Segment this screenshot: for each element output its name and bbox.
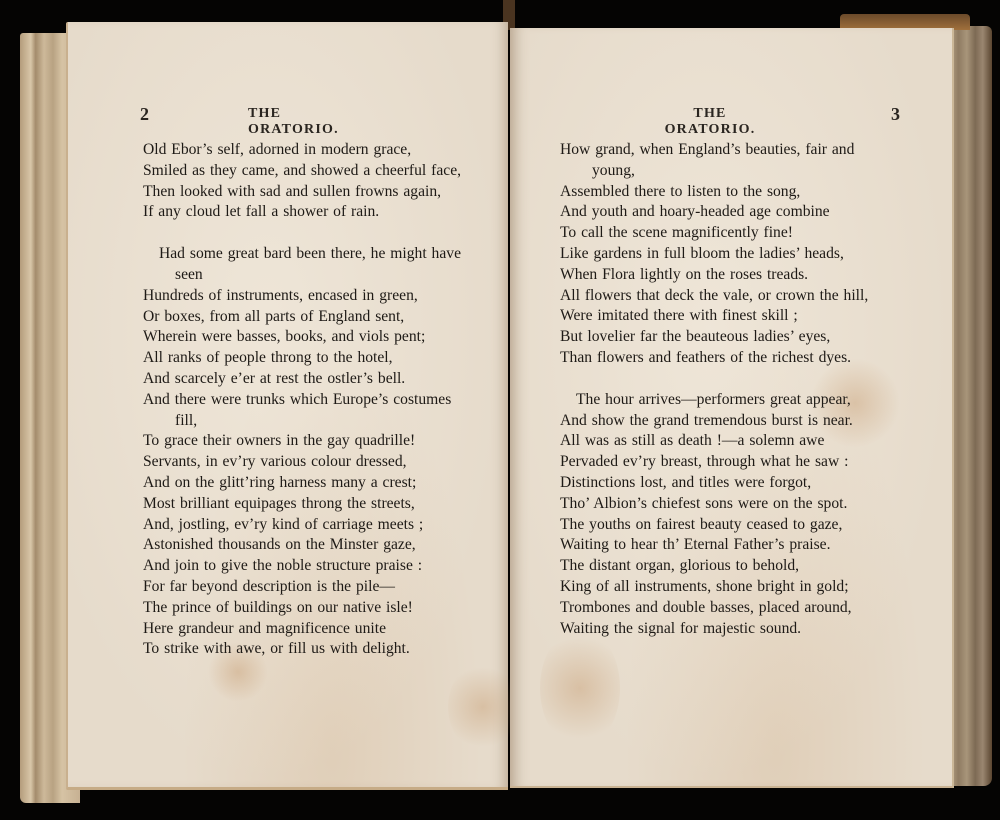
verse-line: Then looked with sad and sullen frowns a… xyxy=(143,182,493,203)
verse-line: To call the scene magnificently fine! xyxy=(560,223,905,244)
right-page: THE ORATORIO. 3 How grand, when England’… xyxy=(510,28,954,788)
poem-text: Old Ebor’s self, adorned in modern grace… xyxy=(143,140,493,660)
verse-line: Astonished thousands on the Minster gaze… xyxy=(143,535,493,556)
verse-line: Here grandeur and magnificence unite xyxy=(143,619,493,640)
verse-line: And join to give the noble structure pra… xyxy=(143,556,493,577)
stanza-break xyxy=(143,223,493,244)
verse-line: But lovelier far the beauteous ladies’ e… xyxy=(560,327,905,348)
verse-line: Waiting the signal for majestic sound. xyxy=(560,619,905,640)
verse-line: How grand, when England’s beauties, fair… xyxy=(560,140,905,161)
verse-line: young, xyxy=(560,161,905,182)
verse-line: Assembled there to listen to the song, xyxy=(560,182,905,203)
verse-line: And there were trunks which Europe’s cos… xyxy=(143,390,493,411)
running-head: THE ORATORIO. 3 xyxy=(560,106,900,126)
foxing-stain xyxy=(540,628,620,748)
verse-line: And youth and hoary-headed age combine xyxy=(560,202,905,223)
stanza-break xyxy=(560,369,905,390)
verse-line: All was as still as death !—a solemn awe xyxy=(560,431,905,452)
verse-line: King of all instruments, shone bright in… xyxy=(560,577,905,598)
verse-line: Had some great bard been there, he might… xyxy=(143,244,493,265)
verse-line: Old Ebor’s self, adorned in modern grace… xyxy=(143,140,493,161)
poem-text: How grand, when England’s beauties, fair… xyxy=(560,140,905,639)
page-number: 3 xyxy=(891,104,900,125)
running-head-title: THE ORATORIO. xyxy=(660,106,760,138)
verse-line: Were imitated there with finest skill ; xyxy=(560,306,905,327)
foxing-stain xyxy=(448,662,518,752)
verse-line: Tho’ Albion’s chiefest sons were on the … xyxy=(560,494,905,515)
running-head-title: THE ORATORIO. xyxy=(198,106,328,138)
open-book: 2 THE ORATORIO. Old Ebor’s self, adorned… xyxy=(0,0,1000,820)
verse-line: And show the grand tremendous burst is n… xyxy=(560,411,905,432)
verse-line: When Flora lightly on the roses treads. xyxy=(560,265,905,286)
verse-line: Or boxes, from all parts of England sent… xyxy=(143,307,493,328)
verse-line: Trombones and double basses, placed arou… xyxy=(560,598,905,619)
verse-line: To grace their owners in the gay quadril… xyxy=(143,431,493,452)
verse-line: Servants, in ev’ry various colour dresse… xyxy=(143,452,493,473)
verse-line: fill, xyxy=(143,411,493,432)
verse-line: Most brilliant equipages throng the stre… xyxy=(143,494,493,515)
right-page-edges xyxy=(950,26,992,786)
verse-line: And on the glitt’ring harness many a cre… xyxy=(143,473,493,494)
verse-line: Hundreds of instruments, encased in gree… xyxy=(143,286,493,307)
verse-line: Like gardens in full bloom the ladies’ h… xyxy=(560,244,905,265)
left-page: 2 THE ORATORIO. Old Ebor’s self, adorned… xyxy=(66,22,508,790)
verse-line: The distant organ, glorious to behold, xyxy=(560,556,905,577)
verse-line: Wherein were basses, books, and viols pe… xyxy=(143,327,493,348)
verse-line: Waiting to hear th’ Eternal Father’s pra… xyxy=(560,535,905,556)
page-number: 2 xyxy=(140,104,149,125)
verse-line: Distinctions lost, and titles were forgo… xyxy=(560,473,905,494)
verse-line: All ranks of people throng to the hotel, xyxy=(143,348,493,369)
verse-line: Smiled as they came, and showed a cheerf… xyxy=(143,161,493,182)
running-head: 2 THE ORATORIO. xyxy=(138,106,478,126)
verse-line: The prince of buildings on our native is… xyxy=(143,598,493,619)
verse-line: seen xyxy=(143,265,493,286)
verse-line: And scarcely e’er at rest the ostler’s b… xyxy=(143,369,493,390)
verse-line: Pervaded ev’ry breast, through what he s… xyxy=(560,452,905,473)
verse-line: And, jostling, ev’ry kind of carriage me… xyxy=(143,515,493,536)
verse-line: The youths on fairest beauty ceased to g… xyxy=(560,515,905,536)
verse-line: All flowers that deck the vale, or crown… xyxy=(560,286,905,307)
verse-line: To strike with awe, or fill us with deli… xyxy=(143,639,493,660)
verse-line: If any cloud let fall a shower of rain. xyxy=(143,202,493,223)
verse-line: The hour arrives—performers great appear… xyxy=(560,390,905,411)
verse-line: For far beyond description is the pile— xyxy=(143,577,493,598)
verse-line: Than flowers and feathers of the richest… xyxy=(560,348,905,369)
